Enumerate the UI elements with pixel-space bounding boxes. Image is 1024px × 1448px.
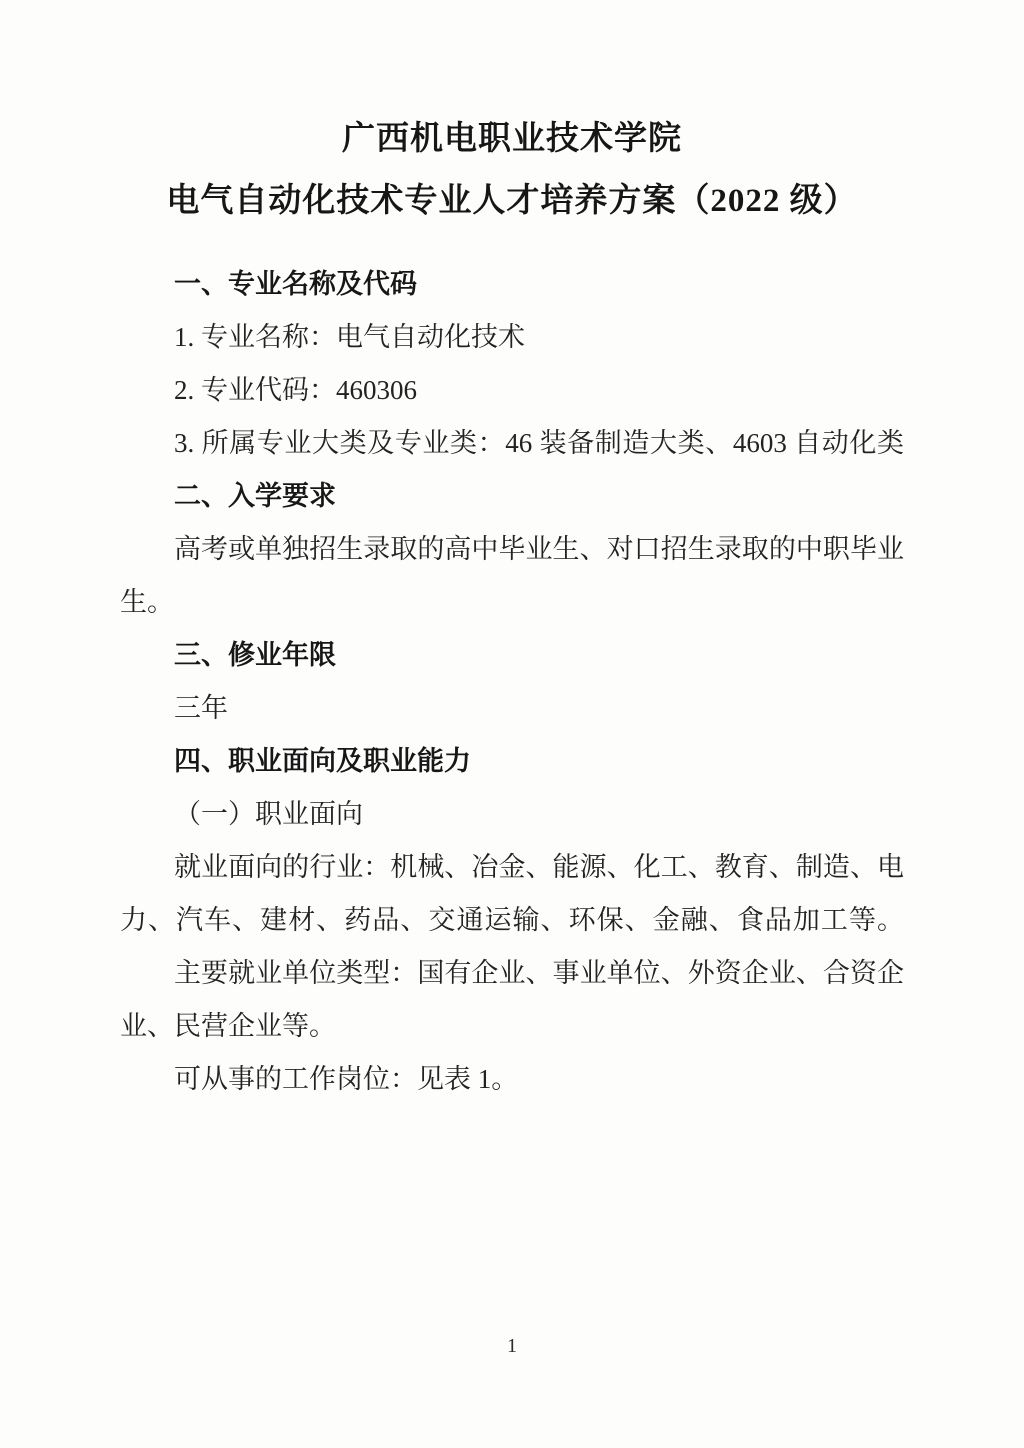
industry-orientation-paragraph: 就业面向的行业：机械、冶金、能源、化工、教育、制造、电力、汽车、建材、药品、交通… <box>120 841 904 947</box>
employer-type-paragraph: 主要就业单位类型：国有企业、事业单位、外资企业、合资企业、民营企业等。 <box>120 947 904 1053</box>
career-orientation-subheading: （一）职业面向 <box>120 788 904 841</box>
section-1-heading: 一、专业名称及代码 <box>120 258 904 311</box>
section-4-heading: 四、职业面向及职业能力 <box>120 735 904 788</box>
page-subtitle: 电气自动化技术专业人才培养方案（2022 级） <box>0 170 1024 232</box>
job-positions-paragraph: 可从事的工作岗位：见表 1。 <box>120 1053 904 1106</box>
document-page: 广西机电职业技术学院 电气自动化技术专业人才培养方案（2022 级） 一、专业名… <box>0 0 1024 1448</box>
document-title-block: 广西机电职业技术学院 电气自动化技术专业人才培养方案（2022 级） <box>0 0 1024 232</box>
professional-code-item: 2. 专业代码：460306 <box>120 364 904 417</box>
study-duration-paragraph: 三年 <box>120 682 904 735</box>
professional-category-item: 3. 所属专业大类及专业类：46 装备制造大类、4603 自动化类 <box>120 417 904 470</box>
document-body: 一、专业名称及代码 1. 专业名称：电气自动化技术 2. 专业代码：460306… <box>120 258 904 1106</box>
page-title: 广西机电职业技术学院 <box>0 108 1024 170</box>
section-3-heading: 三、修业年限 <box>120 629 904 682</box>
page-number: 1 <box>507 1335 517 1357</box>
page-footer: 1 <box>0 1332 1024 1360</box>
professional-name-item: 1. 专业名称：电气自动化技术 <box>120 311 904 364</box>
section-2-heading: 二、入学要求 <box>120 470 904 523</box>
admission-requirements-paragraph: 高考或单独招生录取的高中毕业生、对口招生录取的中职毕业生。 <box>120 523 904 629</box>
